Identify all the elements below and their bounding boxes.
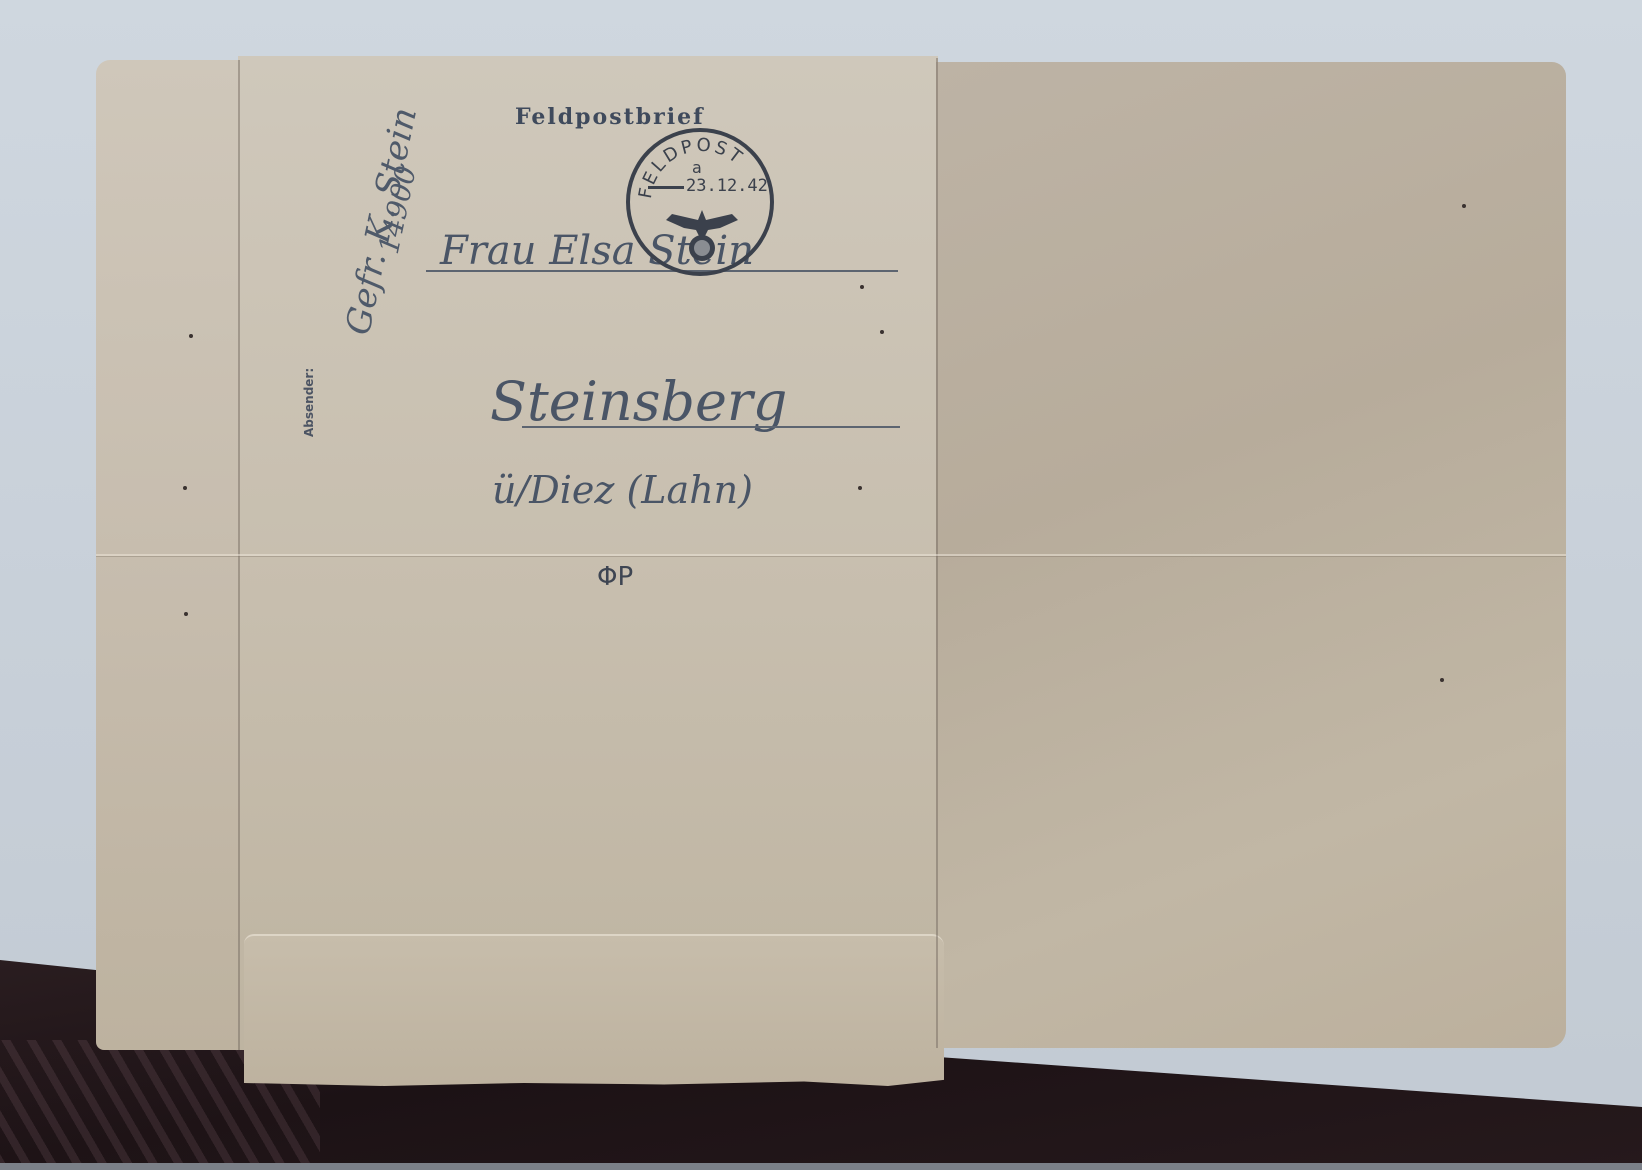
paper-speck: [860, 285, 864, 289]
fold-line-center: [936, 58, 938, 1048]
bottom-edge-bar: [0, 1163, 1642, 1170]
fold-line-horizontal: [96, 554, 1566, 556]
paper-speck: [184, 612, 188, 616]
eagle-emblem-icon: [662, 202, 742, 264]
paper-speck: [1462, 204, 1466, 208]
paper-speck: [183, 486, 187, 490]
paper-speck: [858, 486, 862, 490]
address-line-2: [522, 426, 900, 428]
printer-mark: ΦP: [597, 562, 633, 592]
feldpost-postmark: FELDPOST a 23.12.42: [626, 128, 774, 276]
postmark-letter-code: a: [692, 158, 702, 177]
recipient-district: ü/Diez (Lahn): [492, 468, 753, 512]
postmark-date: 23.12.42: [686, 176, 768, 196]
paper-speck: [880, 330, 884, 334]
recipient-town: Steinsberg: [490, 370, 787, 433]
letter-bottom-flap: [244, 934, 944, 1086]
paper-speck: [1440, 678, 1444, 682]
sender-label: Absender:: [302, 368, 316, 437]
postmark-dash: [648, 186, 684, 189]
form-title: Feldpostbrief: [515, 104, 705, 130]
paper-speck: [189, 334, 193, 338]
letter-address-panel: [238, 56, 938, 1050]
